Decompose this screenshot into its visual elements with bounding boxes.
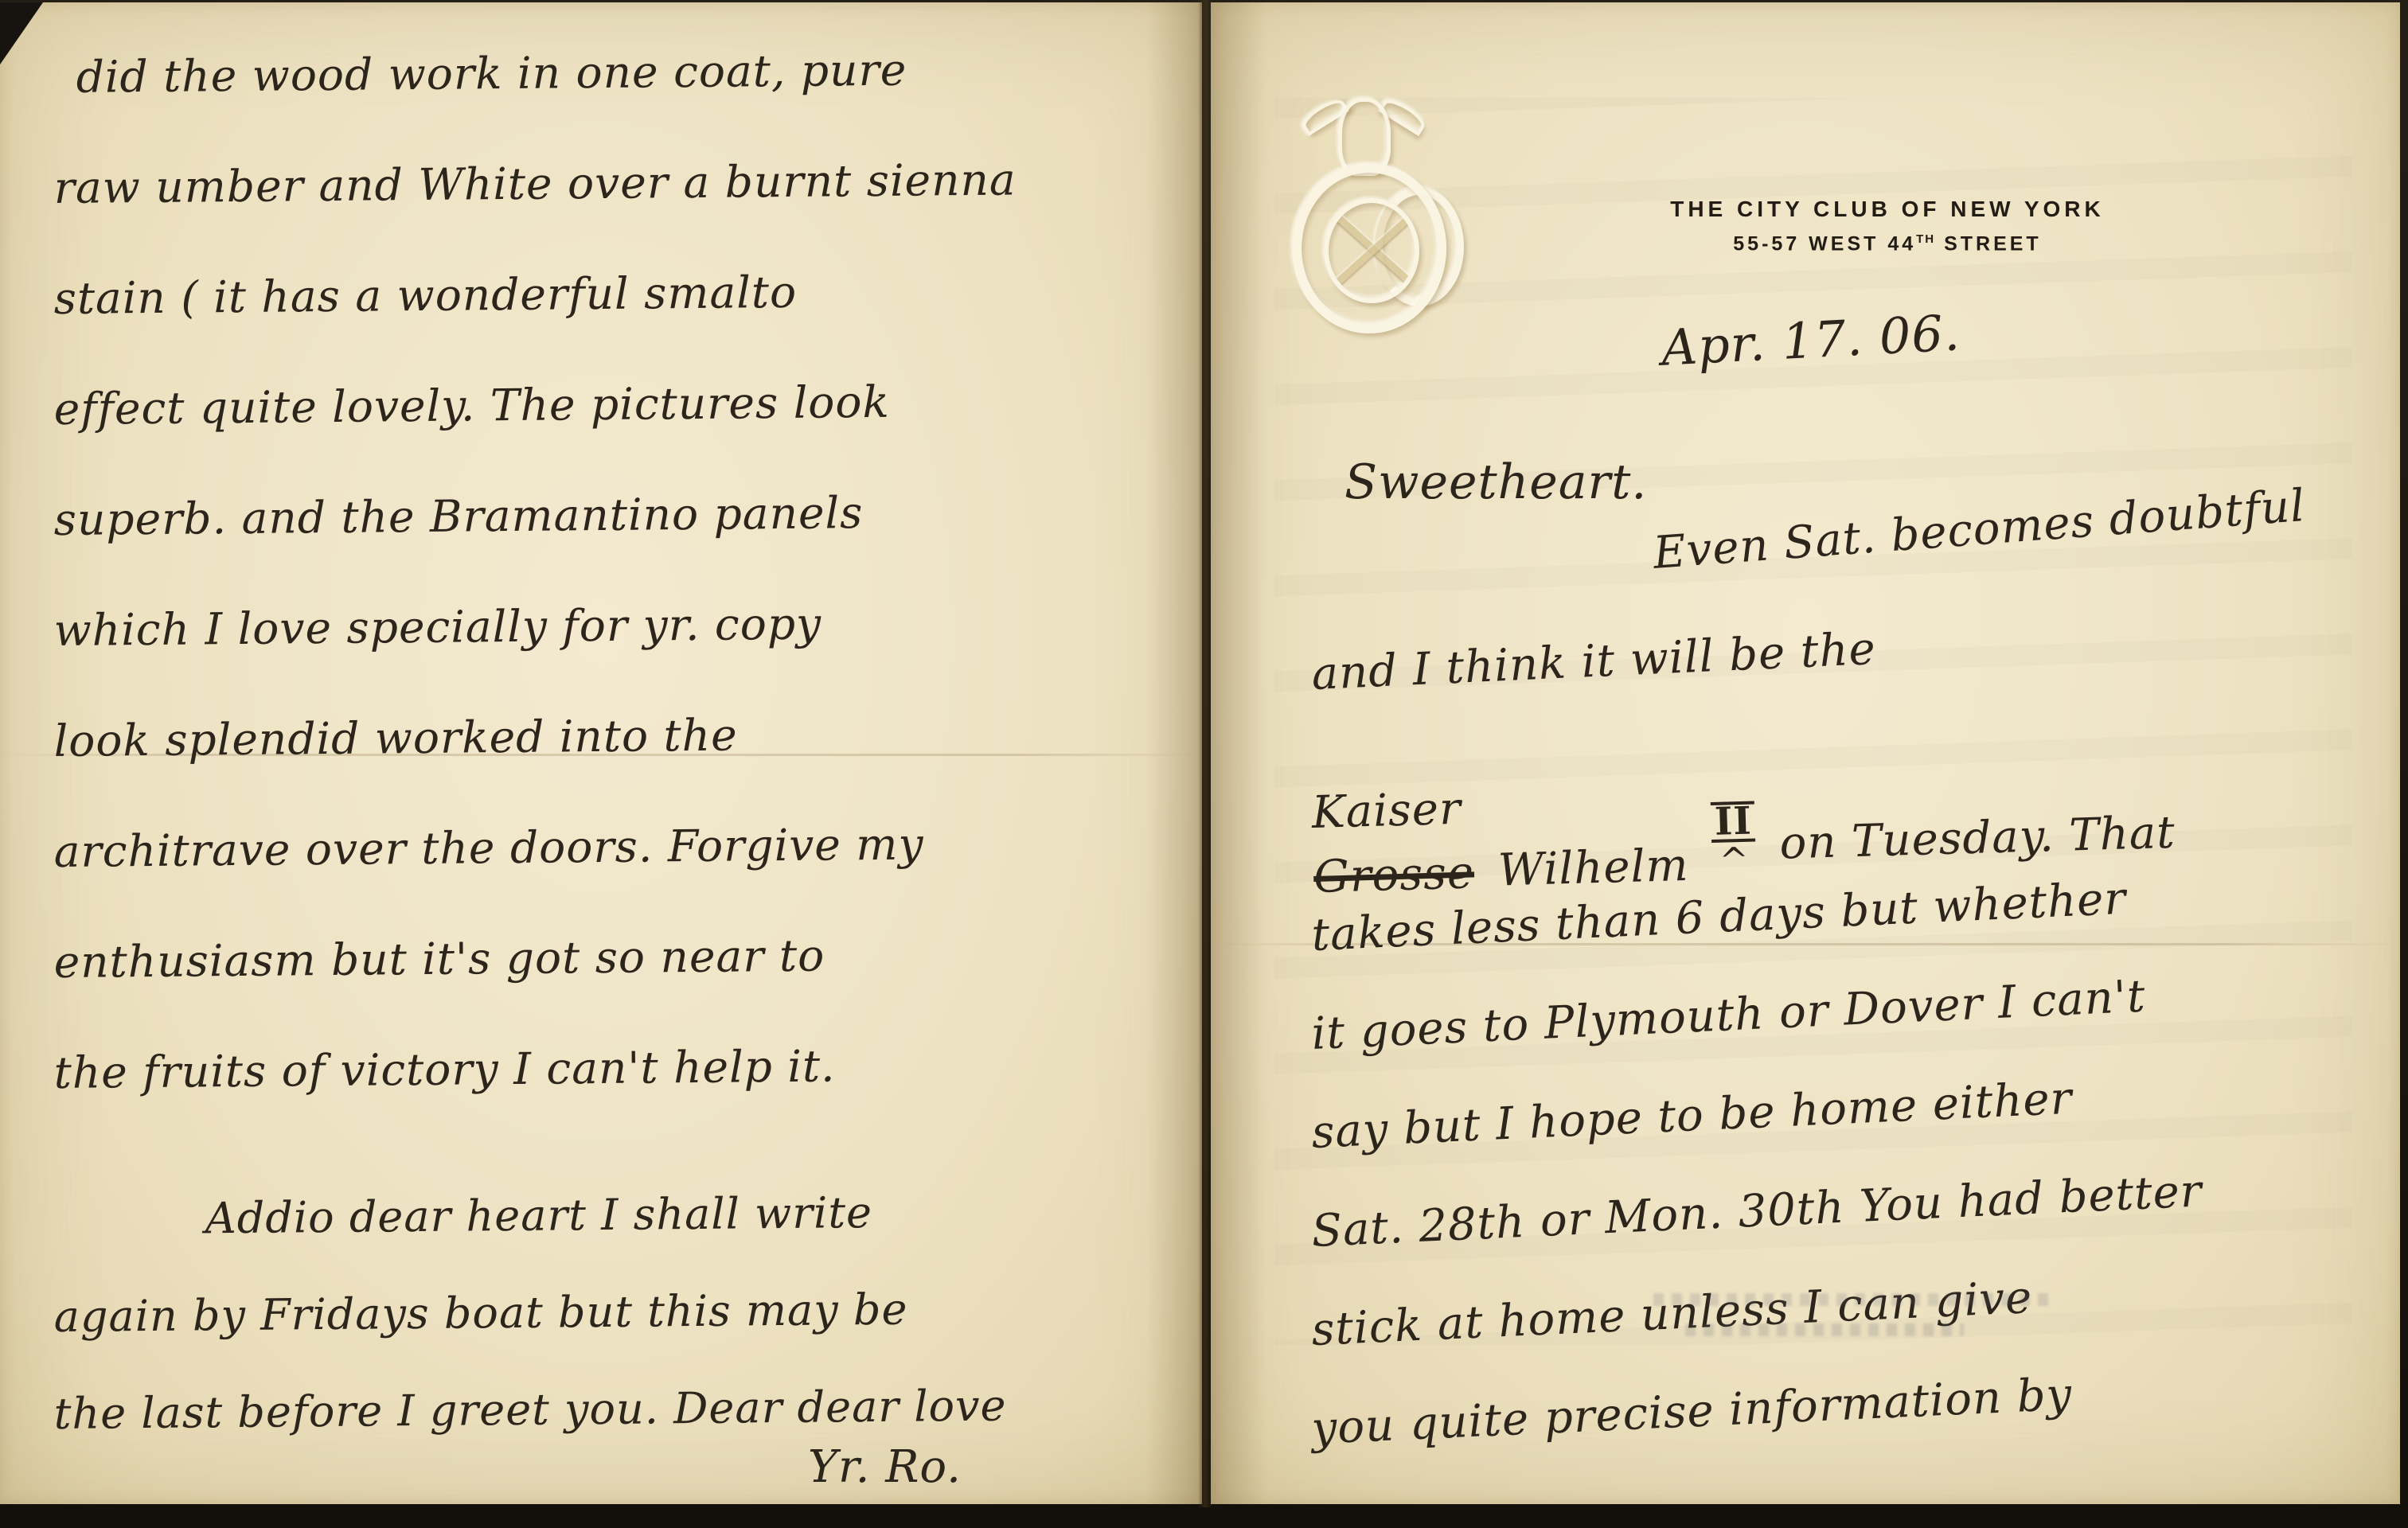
handwritten-line: which I love specially for yr. copy [53, 595, 1169, 715]
closing-paragraph: Addio dear heart I shall write again by … [54, 1195, 1184, 1486]
salutation: Sweetheart. [1344, 454, 1647, 510]
letter-scan: did the wood work in one coat, pure raw … [0, 0, 2408, 1528]
struck-out-word: Grosse [1313, 840, 1475, 910]
stamp-line [1653, 1293, 2051, 1306]
handwritten-line: Addio dear heart I shall write [53, 1185, 1184, 1292]
handwritten-line: the fruits of victory I can't help it. [53, 1038, 1169, 1158]
stamp-line [1685, 1323, 1964, 1336]
date-line: Apr. 17. 06. [1660, 303, 1961, 377]
ship-name-word: Wilhelm [1497, 840, 1689, 897]
handwritten-line: again by Fridays boat but this may be [53, 1282, 1184, 1389]
handwritten-line: Even Sat. becomes doubtful [1652, 480, 2307, 579]
handwritten-line: enthusiasm but it's got so near to [53, 927, 1169, 1047]
inserted-word: Kaiser [1311, 776, 1473, 845]
handwritten-line: stain ( it has a wonderful smalto [53, 263, 1169, 384]
address-ordinal: TH [1916, 232, 1935, 246]
seal-inner-medallion [1324, 198, 1419, 303]
address-number: 55-57 WEST 44 [1733, 232, 1916, 255]
embossed-club-seal [1281, 92, 1448, 330]
correction-stack: Kaiser Grosse [1311, 776, 1475, 910]
letter-left-page: did the wood work in one coat, pure raw … [0, 2, 1202, 1504]
letterhead: THE CITY CLUB OF NEW YORK 55-57 WEST 44T… [1585, 197, 2190, 255]
superscript-insertion: II ^ [1711, 801, 1757, 878]
handwritten-line: raw umber and White over a burnt sienna [53, 153, 1169, 273]
illegible-stamp-bleedthrough [1653, 1293, 2051, 1362]
handwritten-line: architrave over the doors. Forgive my [53, 817, 1169, 937]
letterhead-address: 55-57 WEST 44TH STREET [1585, 232, 2190, 255]
insertion-caret: ^ [1719, 845, 1750, 878]
address-street: STREET [1935, 232, 2042, 255]
line-remainder: on Tuesday. That [1779, 807, 2176, 870]
letter-right-page: THE CITY CLUB OF NEW YORK 55-57 WEST 44T… [1211, 2, 2400, 1504]
handwritten-line: look splendid worked into the [53, 706, 1169, 826]
scan-corner-shadow [0, 2, 43, 64]
left-page-body-text: did the wood work in one coat, pure raw … [54, 52, 1169, 1158]
seal-outer-ring [1292, 163, 1446, 333]
fold-shadow-right-page [1211, 2, 1266, 1504]
handwritten-line: superb. and the Bramantino panels [53, 485, 1169, 605]
handwritten-line: the last before I greet you. Dear dear l… [53, 1379, 1184, 1486]
handwritten-line: effect quite lovely. The pictures look [53, 374, 1169, 494]
right-page-body-text: and I think it will be the Kaiser Grosse… [1313, 649, 2395, 1502]
signature: Yr. Ro. [808, 1441, 962, 1493]
roman-numeral: II [1711, 801, 1755, 844]
letterhead-club-name: THE CITY CLUB OF NEW YORK [1585, 197, 2190, 222]
handwritten-line: did the wood work in one coat, pure [53, 42, 1169, 162]
